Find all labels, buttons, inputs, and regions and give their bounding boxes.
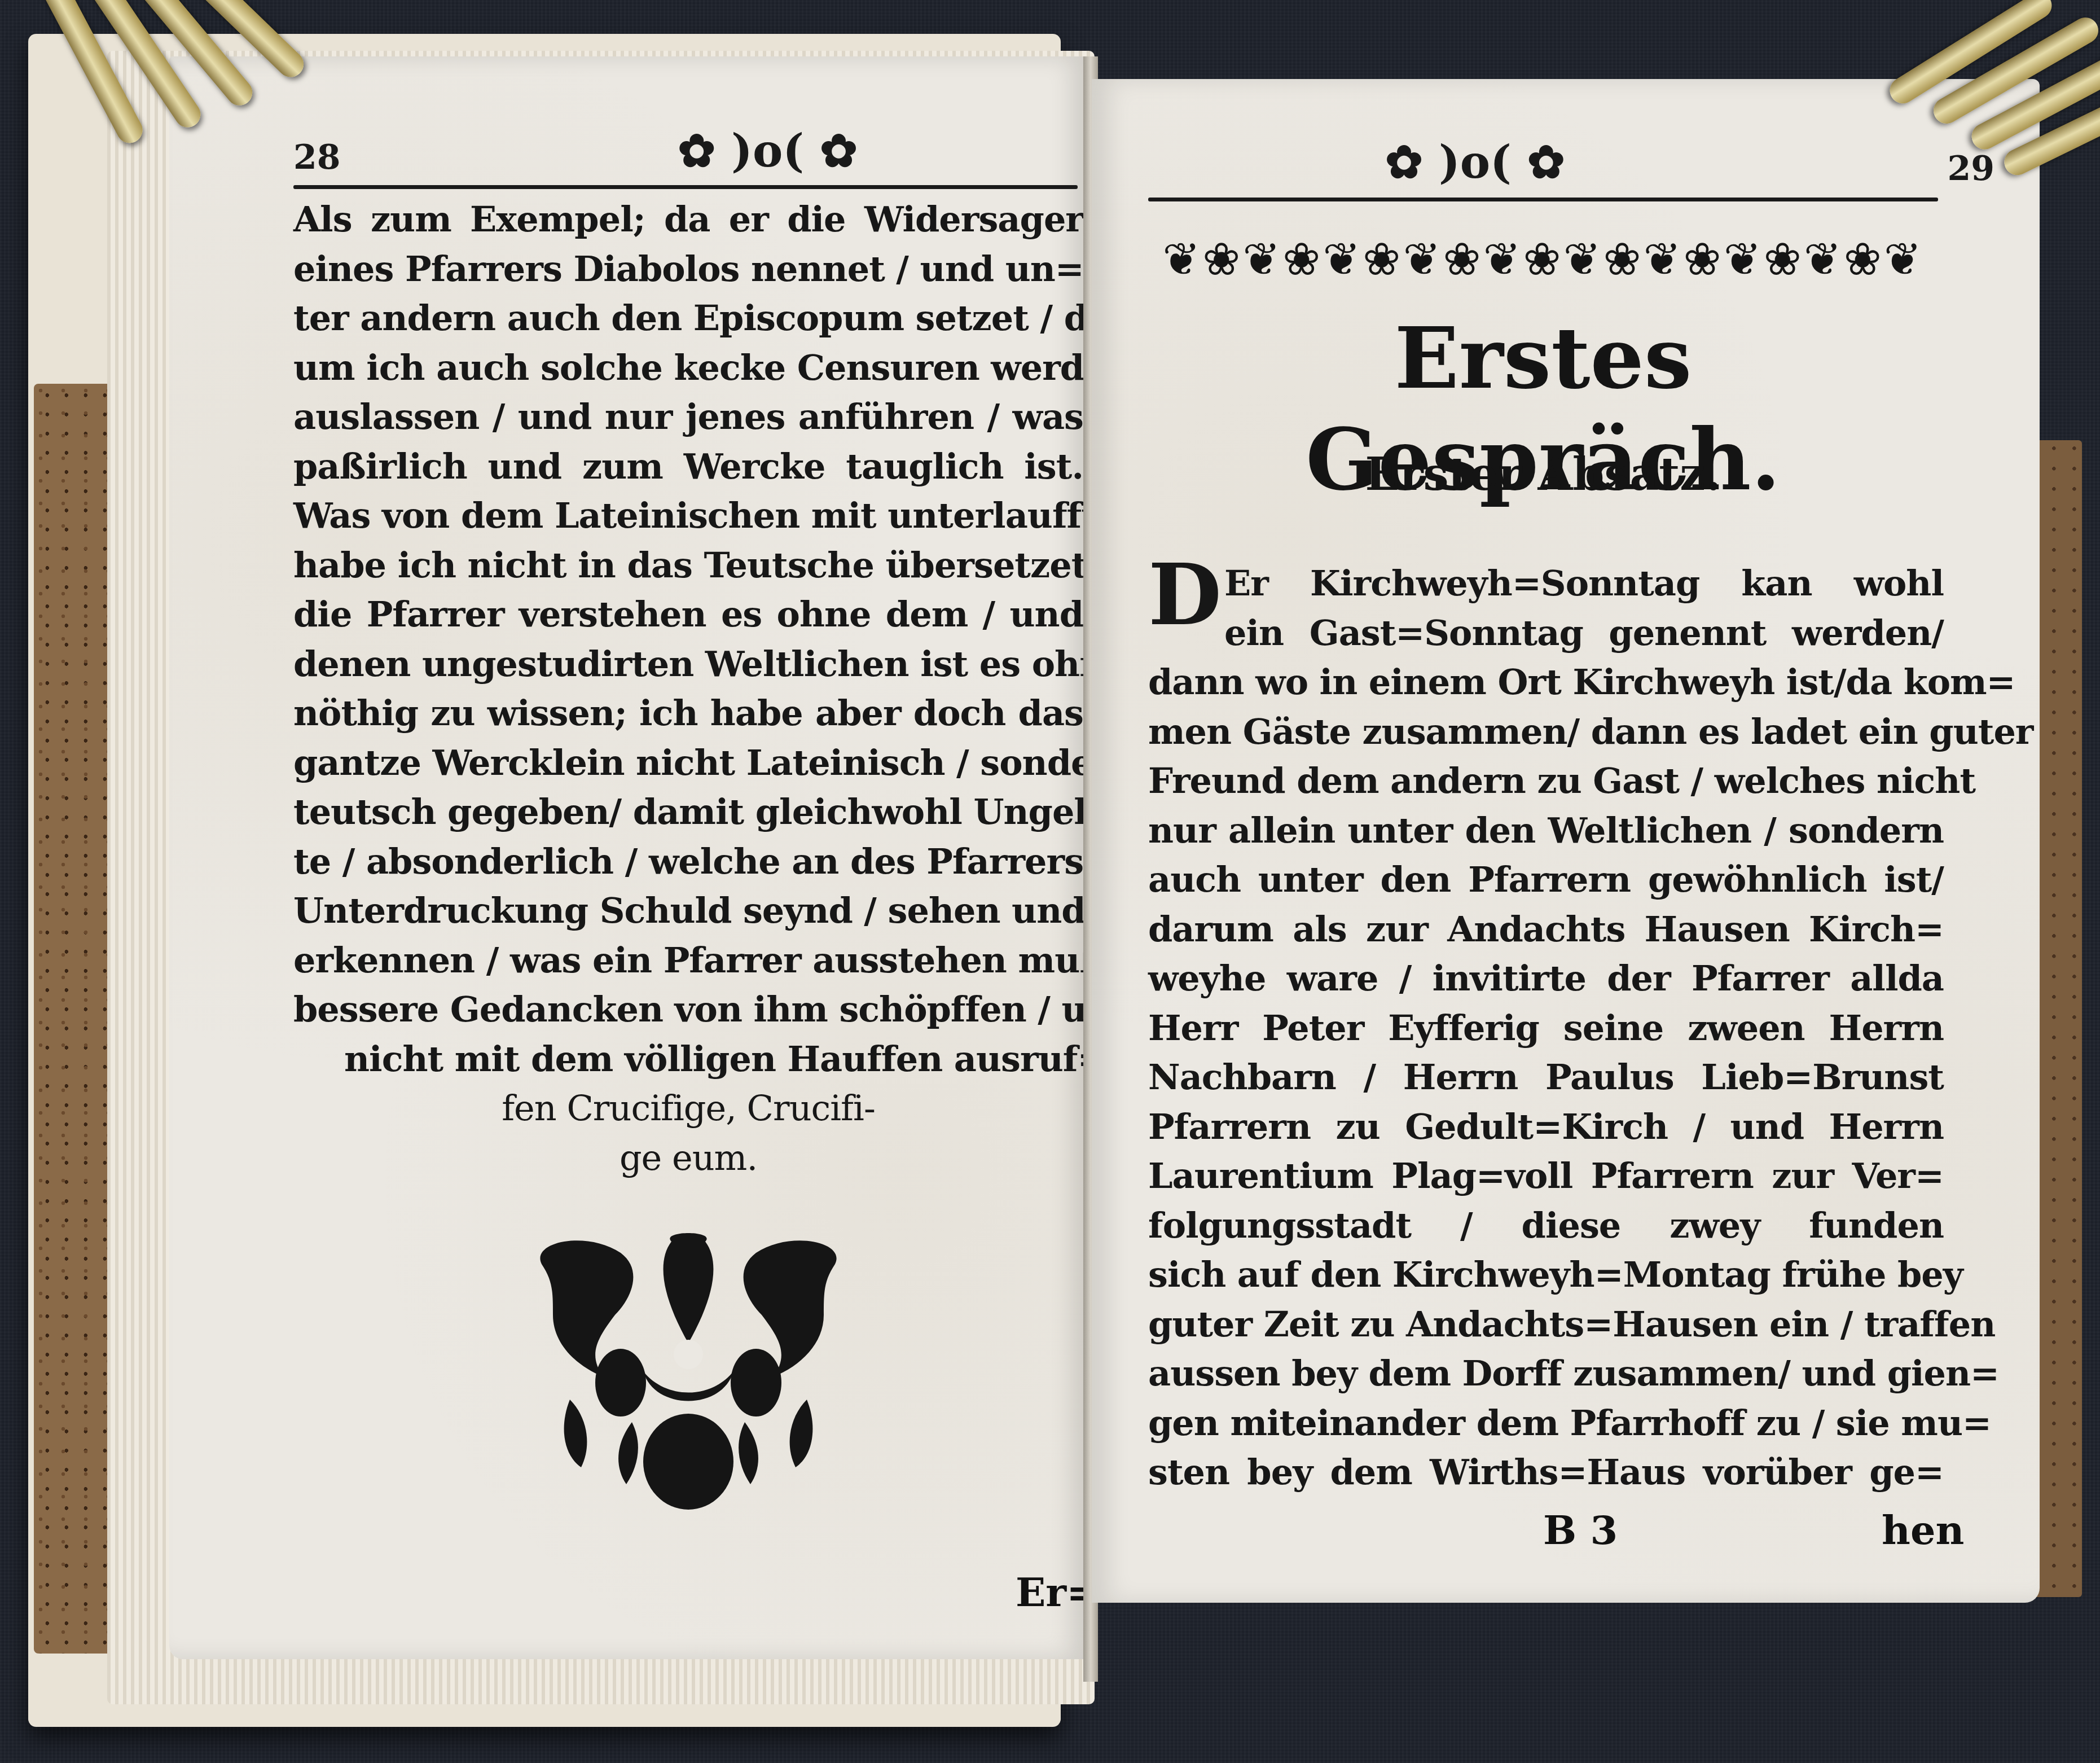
text-line: folgungsstadt / diese zwey funden — [1148, 1201, 1944, 1251]
text-line: erkennen / was ein Pfarrer ausstehen muß… — [293, 936, 1083, 985]
text-line: Nachbarn / Herrn Paulus Lieb=Brunst — [1148, 1052, 1944, 1102]
head-ornament: ✿ )o( ✿ — [1385, 135, 1565, 188]
left-page: 28 ✿ )o( ✿ Als zum Exempel; da er die Wi… — [169, 56, 1089, 1659]
right-page: ✿ )o( ✿ 29 ❦❀❦❀❦❀❦❀❦❀❦❀❦❀❦❀❦❀❦ Erstes Ge… — [1092, 79, 2040, 1603]
text-line: Laurentium Plag=voll Pfarrern zur Ver= — [1148, 1151, 1944, 1201]
text-line: te / absonderlich / welche an des Pfarre… — [293, 837, 1083, 887]
text-line: weyhe ware / invitirte der Pfarrer allda — [1148, 954, 1944, 1003]
text-line: nöthig zu wissen; ich habe aber doch das — [293, 688, 1083, 738]
text-line: paßirlich und zum Wercke tauglich ist. — [293, 442, 1083, 492]
head-rule — [293, 185, 1078, 189]
signature-mark: B 3 — [1543, 1507, 1618, 1554]
page-number: 29 — [1948, 149, 1995, 188]
drop-cap: D — [1148, 561, 1221, 629]
text-line: ge eum. — [293, 1133, 1083, 1183]
text-line: denen ungestudirten Weltlichen ist es oh… — [293, 639, 1083, 689]
right-running-head: ✿ )o( ✿ 29 — [1143, 135, 1994, 188]
head-ornament: ✿ )o( ✿ — [678, 124, 858, 177]
text-line: Freund dem andern zu Gast / welches nich… — [1148, 756, 1944, 806]
text-line: dann wo in einem Ort Kirchweyh ist/da ko… — [1148, 657, 1944, 707]
text-line: sten bey dem Wirths=Haus vorüber ge= — [1148, 1448, 1944, 1497]
text-line: guter Zeit zu Andachts=Hausen ein / traf… — [1148, 1300, 1944, 1349]
text-line: nur allein unter den Weltlichen / sonder… — [1148, 806, 1944, 856]
text-line: fen Crucifige, Crucifi- — [293, 1084, 1083, 1133]
section-heading: Erster Absatz. — [1148, 446, 1938, 502]
text-line: teutsch gegeben/ damit gleichwohl Ungele… — [293, 787, 1083, 837]
text-line: habe ich nicht in das Teutsche übersetze… — [293, 541, 1083, 590]
text-line: Als zum Exempel; da er die Widersager — [293, 195, 1083, 244]
head-rule — [1148, 198, 1938, 201]
text-line: gantze Wercklein nicht Lateinisch / sond… — [293, 738, 1083, 788]
text-line: aussen bey dem Dorff zusammen/ und gien= — [1148, 1349, 1944, 1398]
text-line: eines Pfarrers Diabolos nennet / und un= — [293, 244, 1083, 294]
text-line: darum als zur Andachts Hausen Kirch= — [1148, 905, 1944, 954]
text-line: Pfarrern zu Gedult=Kirch / und Herrn — [1148, 1102, 1944, 1152]
right-body-text: D Er Kirchweyh=Sonntag kan wohl ein Gast… — [1148, 559, 1944, 1497]
text-line: ein Gast=Sonntag genennt werden/ — [1148, 608, 1944, 658]
text-line: Er Kirchweyh=Sonntag kan wohl — [1148, 559, 1944, 608]
left-body-text: Als zum Exempel; da er die Widersager ei… — [293, 195, 1083, 1182]
text-line: um ich auch solche kecke Censuren werde — [293, 343, 1083, 393]
floral-vignette-icon — [519, 1230, 858, 1512]
left-running-head: 28 ✿ )o( ✿ — [293, 124, 1072, 177]
text-line: Herr Peter Eyfferig seine zween Herrn — [1148, 1003, 1944, 1053]
text-line: ter andern auch den Episcopum setzet / d… — [293, 293, 1083, 343]
text-line: men Gäste zusammen/ dann es ladet ein gu… — [1148, 707, 1944, 757]
marbled-cover-left — [34, 384, 118, 1654]
text-line: bessere Gedancken von ihm schöpffen / un… — [293, 985, 1083, 1034]
text-line: die Pfarrer verstehen es ohne dem / und — [293, 590, 1083, 639]
text-line: sich auf den Kirchweyh=Montag frühe bey — [1148, 1250, 1944, 1300]
text-line: Was von dem Lateinischen mit unterlaufft… — [293, 491, 1083, 541]
text-line: gen miteinander dem Pfarrhoff zu / sie m… — [1148, 1398, 1944, 1448]
text-line: auslassen / und nur jenes anführen / was — [293, 392, 1083, 442]
text-line: Unterdruckung Schuld seynd / sehen und — [293, 886, 1083, 936]
text-line: nicht mit dem völligen Hauffen ausruf= — [293, 1034, 1083, 1084]
catchword: hen — [1882, 1507, 1964, 1554]
text-line: auch unter den Pfarrern gewöhnlich ist/ — [1148, 855, 1944, 905]
page-number: 28 — [293, 138, 341, 177]
ornamental-border: ❦❀❦❀❦❀❦❀❦❀❦❀❦❀❦❀❦❀❦ — [1148, 234, 1938, 285]
